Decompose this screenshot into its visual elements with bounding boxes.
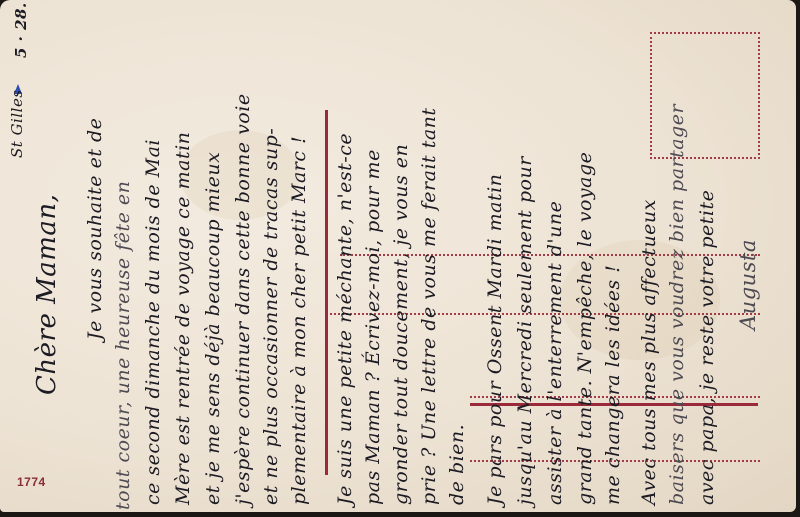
- message-line: Je vous souhaite et de: [84, 118, 106, 340]
- divider-vertical-line: [325, 110, 328, 475]
- message-line: de bien.: [446, 424, 468, 505]
- message-line: grand tante. N'empêche, le voyage: [574, 152, 596, 505]
- signature: Augusta: [736, 239, 760, 330]
- message-line: jusqu'au Mercredi seulement pour: [514, 156, 536, 505]
- message-line: et je me sens déjà beaucoup mieux: [202, 152, 224, 505]
- serial-number: 1774: [17, 475, 46, 489]
- message-line: avec papa, je reste votre petite: [696, 190, 718, 505]
- message-line: et ne plus occasionner de tracas sup-: [260, 128, 282, 505]
- message-line: baisers que vous voudrez bien partager: [666, 104, 688, 505]
- message-line: prie ? Une lettre de vous me ferait tant: [418, 107, 440, 505]
- message-line: Avec tous mes plus affectueux: [638, 199, 660, 505]
- message-line: j'espère continuer dans cette bonne voie: [232, 93, 254, 505]
- greeting: Chère Maman,: [32, 194, 62, 395]
- message-line: ce second dimanche du mois de Mai: [142, 139, 164, 505]
- message-line: Je pars pour Ossent Mardi matin: [484, 174, 506, 505]
- date-text: 5 · 28.: [12, 2, 30, 58]
- message-line: assister à l'enterrement d'une: [544, 201, 566, 505]
- message-line: pas Maman ? Écrivez-moi, pour me: [362, 149, 384, 505]
- message-line: plementaire à mon cher petit Marc !: [288, 136, 310, 505]
- message-line: tout coeur, une heureuse fête en: [112, 181, 134, 510]
- message-line: gronder tout doucement, je vous en: [390, 144, 412, 505]
- message-line: me changera les idées !: [602, 265, 624, 505]
- message-line: Je suis une petite méchante, n'est-ce: [334, 133, 356, 505]
- message-line: Mère est rentrée de voyage ce matin: [172, 132, 194, 505]
- postcard: 1774 St Gilles 5 · 28. Chère Maman, Je v…: [0, 0, 796, 512]
- place-text: St Gilles: [8, 89, 26, 158]
